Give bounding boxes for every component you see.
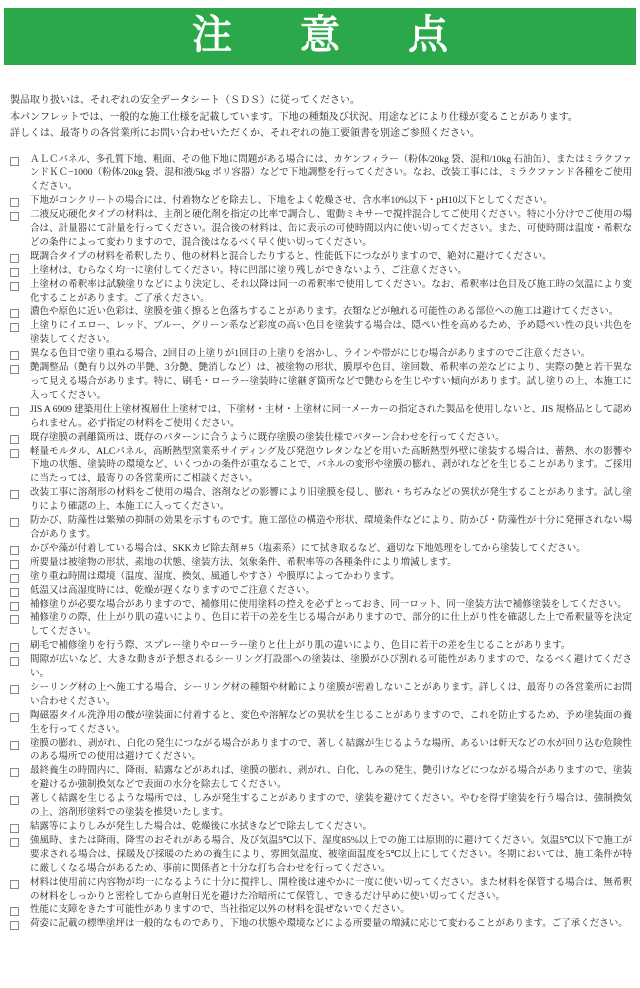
list-item: 異なる色目で塗り重ねる場合、2回目の上塗りが1回目の上塗りを溶かし、ラインや帯が… xyxy=(8,348,632,362)
list-item: 低温又は高湿度時には、乾燥が遅くなりますのでご注意ください。 xyxy=(8,585,632,599)
list-item-text: 上塗材は、むらなく均一に塗付してください。特に凹部に塗り残しができないよう、ご注… xyxy=(30,265,632,279)
list-item: 陶磁器タイル洗浄用の酸が塗装面に付着すると、変色や溶解などの異状を生じることがあ… xyxy=(8,710,632,738)
list-item-text: 刷毛で補修塗りを行う際、スプレー塗りやローラー塗りと仕上がり肌の違いにより、色目… xyxy=(30,640,632,654)
list-item-text: 濃色や原色に近い色彩は、塗膜を強く擦ると色落ちすることがあります。衣類などが触れ… xyxy=(30,306,632,320)
checkbox-unchecked-icon xyxy=(10,518,19,527)
checkbox-unchecked-icon xyxy=(10,880,19,889)
list-item-text: 既調合タイプの材料を希釈したり、他の材料と混合したりすると、性能低下につながりま… xyxy=(30,251,632,265)
checkbox-unchecked-icon xyxy=(10,685,19,694)
list-item-text: 塗膜の膨れ、剥がれ、白化の発生につながる場合がありますので、著しく結露が生じるよ… xyxy=(30,738,632,766)
list-item: 塗膜の膨れ、剥がれ、白化の発生につながる場合がありますので、著しく結露が生じるよ… xyxy=(8,738,632,766)
list-item-text: 材料は使用前に内容物が均一になるように十分に撹拌し、開栓後は速やかに一度に使い切… xyxy=(30,877,632,905)
list-item-text: 既存塗膜の剥離箇所は、既存のパターンに合うように既存塗膜の塗装仕様でパターン合わ… xyxy=(30,432,632,446)
checkbox-unchecked-icon xyxy=(10,309,19,318)
list-item-text: 改装工事に溶剤形の材料をご使用の場合、溶剤などの影響により旧塗膜を侵し、膨れ・ち… xyxy=(30,487,632,515)
checkbox-unchecked-icon xyxy=(10,212,19,221)
list-item: ＡＬＣパネル、多孔質下地、粗面、その他下地に問題がある場合には、カケンフィラー（… xyxy=(8,154,632,196)
checkbox-unchecked-icon xyxy=(10,796,19,805)
title-banner: 注 意 点 xyxy=(4,8,636,65)
list-item-text: 塗り重ね時間は環境（温度、湿度、換気、風通しやすさ）や膜厚によってかわります。 xyxy=(30,571,632,585)
list-item-text: 所要量は被塗物の形状、素地の状態、塗装方法、気象条件、希釈率等の各種条件により増… xyxy=(30,557,632,571)
intro-line: 製品取り扱いは、それぞれの安全データシート（ＳＤＳ）に従ってください。 xyxy=(10,93,630,110)
list-item: 荷姿に記載の標準塗坪は一般的なものであり、下地の状態や環境などによる所要量の増減… xyxy=(8,918,632,932)
list-item-text: 陶磁器タイル洗浄用の酸が塗装面に付着すると、変色や溶解などの異状を生じることがあ… xyxy=(30,710,632,738)
checkbox-unchecked-icon xyxy=(10,657,19,666)
checkbox-unchecked-icon xyxy=(10,157,19,166)
list-item: 最終養生の時間内に、降雨、結露などがあれば、塗膜の膨れ、剥がれ、白化、しみの発生… xyxy=(8,765,632,793)
list-item-text: 性能に支障をきたす可能性がありますので、当社指定以外の材料を混ぜないでください。 xyxy=(30,904,632,918)
list-item-text: 補修塗りの際、仕上がり肌の違いにより、色目に若干の差を生じる場合がありますので、… xyxy=(30,612,632,640)
checkbox-unchecked-icon xyxy=(10,824,19,833)
checkbox-unchecked-icon xyxy=(10,574,19,583)
list-item-text: ＡＬＣパネル、多孔質下地、粗面、その他下地に問題がある場合には、カケンフィラー（… xyxy=(30,154,632,196)
list-item-text: 補修塗りが必要な場合がありますので、補修用に使用塗料の控えを必ずとっておき、同一… xyxy=(30,599,632,613)
list-item-text: 艶調整品（艶有り以外の半艶、3分艶、艶消しなど）は、被塗物の形状、膜厚や色目、塗… xyxy=(30,362,632,404)
list-item-text: かびや藻が付着している場合は、SKKカビ除去剤＃5（塩素系）にて拭き取るなど、適… xyxy=(30,543,632,557)
list-item: 軽量モルタル、ALCパネル、高断熱型窯業系サイディング及び発泡ウレタンなどを用い… xyxy=(8,446,632,488)
checkbox-unchecked-icon xyxy=(10,643,19,652)
list-item-text: 低温又は高湿度時には、乾燥が遅くなりますのでご注意ください。 xyxy=(30,585,632,599)
checkbox-unchecked-icon xyxy=(10,435,19,444)
list-item-text: 最終養生の時間内に、降雨、結露などがあれば、塗膜の膨れ、剥がれ、白化、しみの発生… xyxy=(30,765,632,793)
list-item: 材料は使用前に内容物が均一になるように十分に撹拌し、開栓後は速やかに一度に使い切… xyxy=(8,877,632,905)
checkbox-unchecked-icon xyxy=(10,490,19,499)
list-item: 塗り重ね時間は環境（温度、湿度、換気、風通しやすさ）や膜厚によってかわります。 xyxy=(8,571,632,585)
checkbox-unchecked-icon xyxy=(10,254,19,263)
checkbox-unchecked-icon xyxy=(10,407,19,416)
intro-line: 詳しくは、最寄りの各営業所にお問い合わせいただくか、それぞれの施工要領書を別途ご… xyxy=(10,126,630,143)
list-item: 上塗材は、むらなく均一に塗付してください。特に凹部に塗り残しができないよう、ご注… xyxy=(8,265,632,279)
list-item: 強風時、または降雨、降雪のおそれがある場合、及び気温5℃以下、湿度85%以上での… xyxy=(8,835,632,877)
list-item: 著しく結露を生じるような場所では、しみが発生することがありますので、塗装を避けて… xyxy=(8,793,632,821)
checkbox-unchecked-icon xyxy=(10,546,19,555)
list-item-text: 防かび、防藻性は繁殖の抑制の効果を示すものです。施工部位の構造や形状、環境条件な… xyxy=(30,515,632,543)
checkbox-unchecked-icon xyxy=(10,768,19,777)
list-item-text: 軽量モルタル、ALCパネル、高断熱型窯業系サイディング及び発泡ウレタンなどを用い… xyxy=(30,446,632,488)
list-item-text: 下地がコンクリートの場合には、付着物などを除去し、下地をよく乾燥させ、含水率10… xyxy=(30,195,632,209)
checkbox-unchecked-icon xyxy=(10,921,19,930)
list-item-text: シーリング材の上へ施工する場合、シーリング材の種類や材齢により塗膜が密着しないこ… xyxy=(30,682,632,710)
list-item: 刷毛で補修塗りを行う際、スプレー塗りやローラー塗りと仕上がり肌の違いにより、色目… xyxy=(8,640,632,654)
list-item: 二液反応硬化タイプの材料は、主剤と硬化剤を指定の比率で調合し、電動ミキサーで撹拌… xyxy=(8,209,632,251)
list-item-text: 強風時、または降雨、降雪のおそれがある場合、及び気温5℃以下、湿度85%以上での… xyxy=(30,835,632,877)
checkbox-unchecked-icon xyxy=(10,351,19,360)
list-item: 艶調整品（艶有り以外の半艶、3分艶、艶消しなど）は、被塗物の形状、膜厚や色目、塗… xyxy=(8,362,632,404)
list-item: 補修塗りの際、仕上がり肌の違いにより、色目に若干の差を生じる場合がありますので、… xyxy=(8,612,632,640)
list-item: 上塗材の希釈率は試験塗りなどにより決定し、それ以降は同一の希釈率で使用してくださ… xyxy=(8,279,632,307)
list-item-text: 異なる色目で塗り重ねる場合、2回目の上塗りが1回目の上塗りを溶かし、ラインや帯が… xyxy=(30,348,632,362)
checkbox-unchecked-icon xyxy=(10,741,19,750)
list-item: 性能に支障をきたす可能性がありますので、当社指定以外の材料を混ぜないでください。 xyxy=(8,904,632,918)
checkbox-unchecked-icon xyxy=(10,838,19,847)
checkbox-unchecked-icon xyxy=(10,198,19,207)
list-item: JIS A 6909 建築用仕上塗材複層仕上塗材では、下塗材・主材・上塗材に同一… xyxy=(8,404,632,432)
cautions-list: ＡＬＣパネル、多孔質下地、粗面、その他下地に問題がある場合には、カケンフィラー（… xyxy=(8,154,632,933)
checkbox-unchecked-icon xyxy=(10,713,19,722)
intro-line: 本パンフレットでは、一般的な施工仕様を記載しています。下地の種類及び状況、用途な… xyxy=(10,110,630,127)
checkbox-unchecked-icon xyxy=(10,560,19,569)
list-item: 既調合タイプの材料を希釈したり、他の材料と混合したりすると、性能低下につながりま… xyxy=(8,251,632,265)
list-item: シーリング材の上へ施工する場合、シーリング材の種類や材齢により塗膜が密着しないこ… xyxy=(8,682,632,710)
checkbox-unchecked-icon xyxy=(10,602,19,611)
checkbox-unchecked-icon xyxy=(10,282,19,291)
checkbox-unchecked-icon xyxy=(10,365,19,374)
list-item: 結露等によりしみが発生した場合は、乾燥後に水拭きなどで除去してください。 xyxy=(8,821,632,835)
intro-paragraph: 製品取り扱いは、それぞれの安全データシート（ＳＤＳ）に従ってください。 本パンフ… xyxy=(10,93,630,143)
checkbox-unchecked-icon xyxy=(10,907,19,916)
list-item-text: JIS A 6909 建築用仕上塗材複層仕上塗材では、下塗材・主材・上塗材に同一… xyxy=(30,404,632,432)
checkbox-unchecked-icon xyxy=(10,268,19,277)
list-item: 所要量は被塗物の形状、素地の状態、塗装方法、気象条件、希釈率等の各種条件により増… xyxy=(8,557,632,571)
list-item: 間隙が広いなど、大きな動きが予想されるシーリング打設部への塗装は、塗膜がひび割れ… xyxy=(8,654,632,682)
checkbox-unchecked-icon xyxy=(10,615,19,624)
list-item: 濃色や原色に近い色彩は、塗膜を強く擦ると色落ちすることがあります。衣類などが触れ… xyxy=(8,306,632,320)
list-item-text: 著しく結露を生じるような場所では、しみが発生することがありますので、塗装を避けて… xyxy=(30,793,632,821)
list-item-text: 荷姿に記載の標準塗坪は一般的なものであり、下地の状態や環境などによる所要量の増減… xyxy=(30,918,632,932)
list-item-text: 上塗材の希釈率は試験塗りなどにより決定し、それ以降は同一の希釈率で使用してくださ… xyxy=(30,279,632,307)
checkbox-unchecked-icon xyxy=(10,449,19,458)
list-item: かびや藻が付着している場合は、SKKカビ除去剤＃5（塩素系）にて拭き取るなど、適… xyxy=(8,543,632,557)
checkbox-unchecked-icon xyxy=(10,588,19,597)
list-item: 防かび、防藻性は繁殖の抑制の効果を示すものです。施工部位の構造や形状、環境条件な… xyxy=(8,515,632,543)
list-item: 既存塗膜の剥離箇所は、既存のパターンに合うように既存塗膜の塗装仕様でパターン合わ… xyxy=(8,432,632,446)
list-item-text: 二液反応硬化タイプの材料は、主剤と硬化剤を指定の比率で調合し、電動ミキサーで撹拌… xyxy=(30,209,632,251)
checkbox-unchecked-icon xyxy=(10,323,19,332)
list-item-text: 結露等によりしみが発生した場合は、乾燥後に水拭きなどで除去してください。 xyxy=(30,821,632,835)
list-item-text: 上塗りにイエロー、レッド、ブルー、グリーン系など彩度の高い色目を塗装する場合は、… xyxy=(30,320,632,348)
list-item: 改装工事に溶剤形の材料をご使用の場合、溶剤などの影響により旧塗膜を侵し、膨れ・ち… xyxy=(8,487,632,515)
list-item: 下地がコンクリートの場合には、付着物などを除去し、下地をよく乾燥させ、含水率10… xyxy=(8,195,632,209)
list-item: 上塗りにイエロー、レッド、ブルー、グリーン系など彩度の高い色目を塗装する場合は、… xyxy=(8,320,632,348)
page-title: 注 意 点 xyxy=(178,15,462,59)
list-item-text: 間隙が広いなど、大きな動きが予想されるシーリング打設部への塗装は、塗膜がひび割れ… xyxy=(30,654,632,682)
list-item: 補修塗りが必要な場合がありますので、補修用に使用塗料の控えを必ずとっておき、同一… xyxy=(8,599,632,613)
